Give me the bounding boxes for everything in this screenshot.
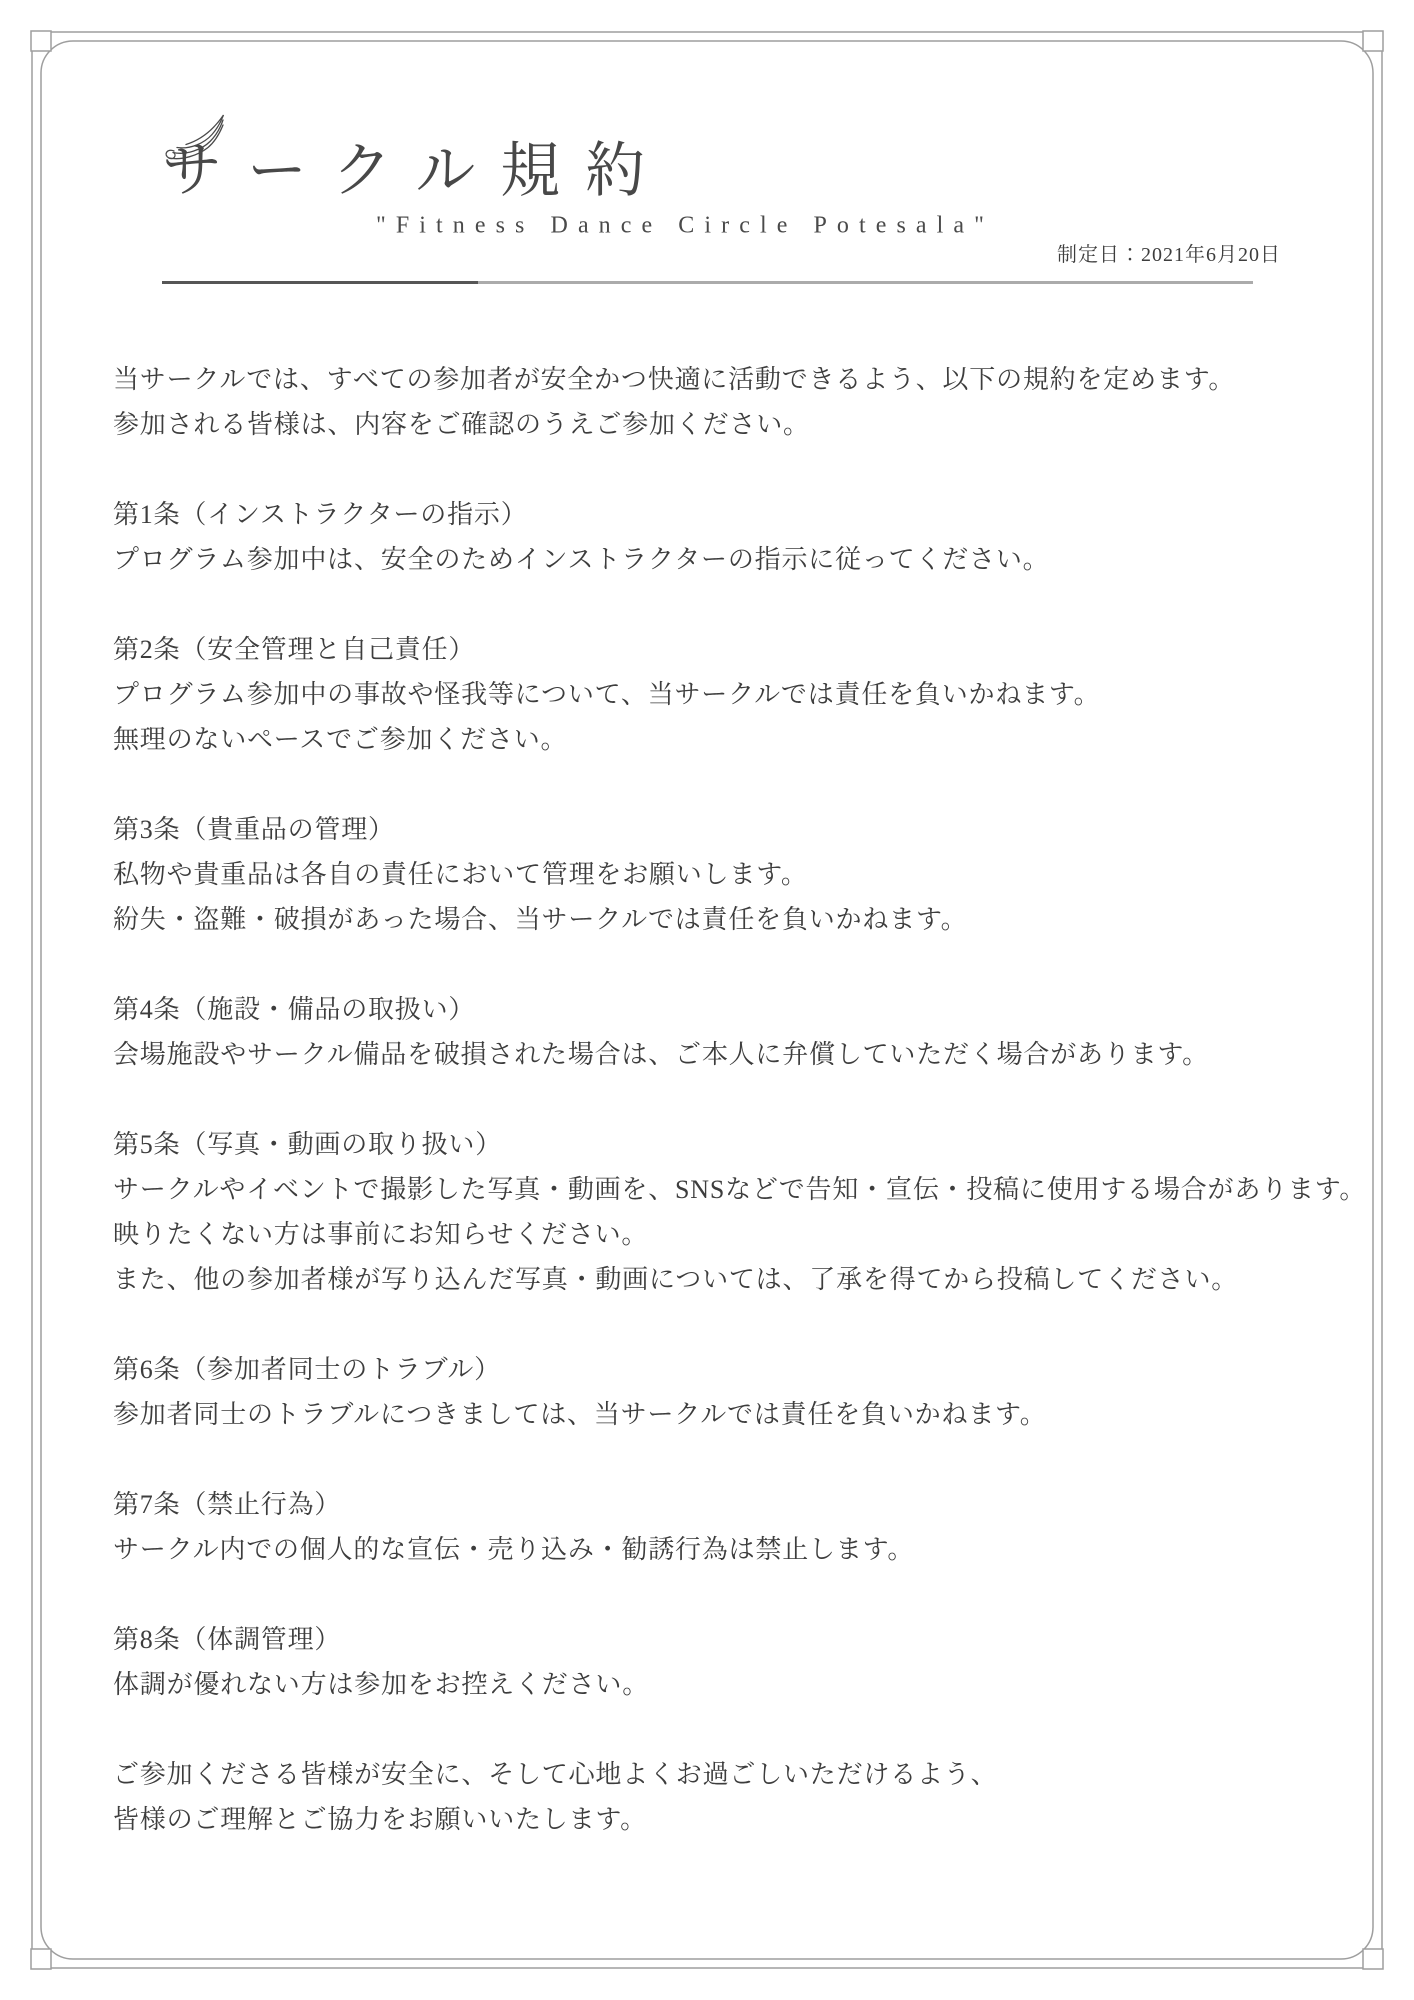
article-line: 参加者同士のトラブルにつきましては、当サークルでは責任を負いかねます。 <box>113 1392 1373 1437</box>
intro-line: 参加される皆様は、内容をご確認のうえご参加ください。 <box>113 402 1373 447</box>
article-line: 紛失・盗難・破損があった場合、当サークルでは責任を負いかねます。 <box>113 897 1373 942</box>
rules-body: 当サークルでは、すべての参加者が安全かつ快適に活動できるよう、以下の規約を定めま… <box>113 357 1373 1842</box>
closing-paragraph: ご参加くださる皆様が安全に、そして心地よくお過ごしいただけるよう、 皆様のご理解… <box>113 1752 1373 1842</box>
corner-square-top-right <box>1363 31 1383 51</box>
article-heading: 第6条（参加者同士のトラブル） <box>113 1347 1373 1392</box>
article-line: サークルやイベントで撮影した写真・動画を、SNSなどで告知・宣伝・投稿に使用する… <box>113 1167 1373 1212</box>
article-4: 第4条（施設・備品の取扱い） 会場施設やサークル備品を破損された場合は、ご本人に… <box>113 987 1373 1077</box>
title-divider <box>162 281 1253 284</box>
article-1: 第1条（インストラクターの指示） プログラム参加中は、安全のためインストラクター… <box>113 492 1373 582</box>
corner-square-top-left <box>31 31 51 51</box>
article-line: プログラム参加中の事故や怪我等について、当サークルでは責任を負いかねます。 <box>113 672 1373 717</box>
article-line: プログラム参加中は、安全のためインストラクターの指示に従ってください。 <box>113 537 1373 582</box>
page-title: サークル規約 <box>162 138 670 204</box>
corner-square-bottom-left <box>31 1949 51 1969</box>
article-line: 無理のないペースでご参加ください。 <box>113 717 1373 762</box>
article-6: 第6条（参加者同士のトラブル） 参加者同士のトラブルにつきましては、当サークルで… <box>113 1347 1373 1437</box>
article-heading: 第7条（禁止行為） <box>113 1482 1373 1527</box>
corner-square-bottom-right <box>1363 1949 1383 1969</box>
article-heading: 第2条（安全管理と自己責任） <box>113 627 1373 672</box>
article-3: 第3条（貴重品の管理） 私物や貴重品は各自の責任において管理をお願いします。 紛… <box>113 807 1373 942</box>
article-line: 会場施設やサークル備品を破損された場合は、ご本人に弁償していただく場合があります… <box>113 1032 1373 1077</box>
article-line: 体調が優れない方は参加をお控えください。 <box>113 1662 1373 1707</box>
article-heading: 第5条（写真・動画の取り扱い） <box>113 1122 1373 1167</box>
article-7: 第7条（禁止行為） サークル内での個人的な宣伝・売り込み・勧誘行為は禁止します。 <box>113 1482 1373 1572</box>
divider-light-segment <box>478 281 1253 284</box>
article-5: 第5条（写真・動画の取り扱い） サークルやイベントで撮影した写真・動画を、SNS… <box>113 1122 1373 1302</box>
rules-document-page: "Fitness Dance Circle Potesala" サークル規約 制… <box>0 0 1414 2000</box>
article-line: サークル内での個人的な宣伝・売り込み・勧誘行為は禁止します。 <box>113 1527 1373 1572</box>
article-line: 私物や貴重品は各自の責任において管理をお願いします。 <box>113 852 1373 897</box>
circle-name-english: "Fitness Dance Circle Potesala" <box>376 213 994 240</box>
divider-dark-segment <box>162 281 478 284</box>
document-header: "Fitness Dance Circle Potesala" サークル規約 制… <box>162 100 1281 290</box>
article-8: 第8条（体調管理） 体調が優れない方は参加をお控えください。 <box>113 1617 1373 1707</box>
closing-line: 皆様のご理解とご協力をお願いいたします。 <box>113 1797 1373 1842</box>
intro-line: 当サークルでは、すべての参加者が安全かつ快適に活動できるよう、以下の規約を定めま… <box>113 357 1373 402</box>
article-heading: 第8条（体調管理） <box>113 1617 1373 1662</box>
article-heading: 第3条（貴重品の管理） <box>113 807 1373 852</box>
article-line: 映りたくない方は事前にお知らせください。 <box>113 1212 1373 1257</box>
article-heading: 第4条（施設・備品の取扱い） <box>113 987 1373 1032</box>
intro-paragraph: 当サークルでは、すべての参加者が安全かつ快適に活動できるよう、以下の規約を定めま… <box>113 357 1373 447</box>
article-heading: 第1条（インストラクターの指示） <box>113 492 1373 537</box>
article-2: 第2条（安全管理と自己責任） プログラム参加中の事故や怪我等について、当サークル… <box>113 627 1373 762</box>
established-date: 制定日：2021年6月20日 <box>1057 238 1281 267</box>
article-line: また、他の参加者様が写り込んだ写真・動画については、了承を得てから投稿してくださ… <box>113 1257 1373 1302</box>
closing-line: ご参加くださる皆様が安全に、そして心地よくお過ごしいただけるよう、 <box>113 1752 1373 1797</box>
